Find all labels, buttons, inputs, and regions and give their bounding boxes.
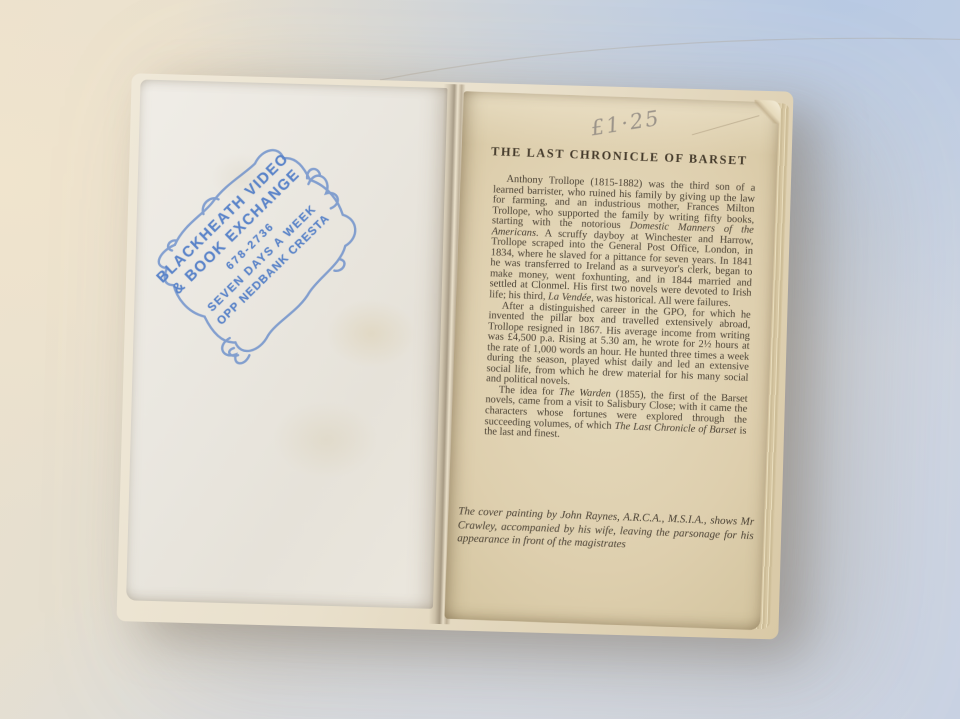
blurb-paragraph: Anthony Trollope (1815-1882) was the thi… [489, 174, 755, 310]
author-blurb-text: Anthony Trollope (1815-1882) was the thi… [484, 174, 755, 447]
bookshop-ink-stamp: BLACKHEATH VIDEO& BOOK EXCHANGE678-2736S… [129, 125, 385, 381]
blurb-paragraph: After a distinguished career in the GPO,… [486, 301, 751, 395]
book-title-heading: THE LAST CHRONICLE OF BARSET [471, 143, 767, 169]
paper-stain [307, 284, 435, 382]
open-book: BLACKHEATH VIDEO& BOOK EXCHANGE678-2736S… [84, 70, 799, 641]
paper-stain [249, 383, 402, 497]
page-corner-crease [754, 100, 781, 124]
corner-crease-line [692, 115, 760, 135]
cover-painting-note: The cover painting by John Raynes, A.R.C… [457, 505, 754, 557]
left-endpaper-page: BLACKHEATH VIDEO& BOOK EXCHANGE678-2736S… [126, 79, 447, 608]
photo-open-paperback-book: BLACKHEATH VIDEO& BOOK EXCHANGE678-2736S… [0, 0, 960, 719]
blurb-paragraph: The idea for The Warden (1855), the firs… [484, 385, 748, 447]
right-flyleaf-page: £1·25 THE LAST CHRONICLE OF BARSET Antho… [444, 91, 779, 630]
handwritten-pencil-price: £1·25 [589, 106, 662, 141]
